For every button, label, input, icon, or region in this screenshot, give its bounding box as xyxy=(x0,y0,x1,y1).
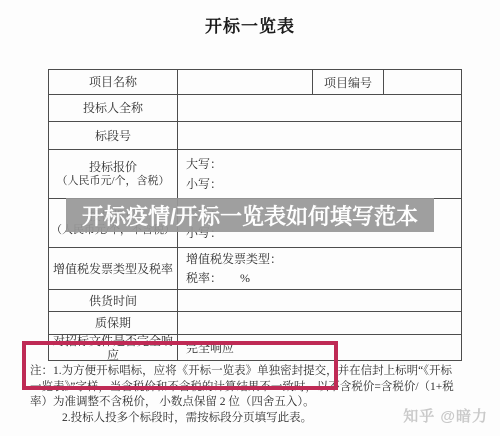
zhihu-watermark: 知乎 @暗力 xyxy=(403,405,488,426)
price-taxed-label: 投标报价 （人民币元/个，含税） xyxy=(49,150,177,198)
project-number-value xyxy=(383,70,462,94)
price-taxed-lowercase: 小写： xyxy=(186,177,222,191)
price-taxed-uppercase: 大写： xyxy=(186,157,222,171)
project-name-value xyxy=(177,70,312,94)
delivery-time-value xyxy=(177,290,461,311)
document-page: 开标一览表 项目名称 项目编号 投标人全称 标段号 投标报价 （人民币元/个，含… xyxy=(0,0,500,436)
page-title: 开标一览表 xyxy=(0,12,500,37)
table-row-bidder: 投标人全称 xyxy=(49,94,461,121)
price-taxed-label-line1: 投标报价 xyxy=(89,160,137,174)
vat-value: 增值税发票类型： 税率： % xyxy=(177,248,461,289)
table-row-delivery: 供货时间 xyxy=(49,289,461,311)
warranty-period-label: 质保期 xyxy=(49,312,177,334)
vat-rate: 税率： % xyxy=(186,271,250,285)
table-row-warranty: 质保期 xyxy=(49,311,461,334)
warranty-period-value xyxy=(177,312,461,334)
project-name-label: 项目名称 xyxy=(49,70,177,94)
table-row-vat: 增值税发票类型及税率 增值税发票类型： 税率： % xyxy=(49,247,461,289)
bidder-name-label: 投标人全称 xyxy=(49,95,177,121)
table-row-project: 项目名称 项目编号 xyxy=(49,70,461,94)
bidder-name-value xyxy=(177,95,461,121)
project-number-label: 项目编号 xyxy=(312,70,383,94)
section-number-label: 标段号 xyxy=(49,122,177,149)
delivery-time-label: 供货时间 xyxy=(49,290,177,311)
price-taxed-label-line2: （人民币元/个，含税） xyxy=(56,174,169,188)
vat-label: 增值税发票类型及税率 xyxy=(49,248,177,289)
vat-invoice-type: 增值税发票类型： xyxy=(186,252,282,266)
table-row-section: 标段号 xyxy=(49,121,461,149)
red-highlight-box xyxy=(22,341,338,390)
table-row-price-taxed: 投标报价 （人民币元/个，含税） 大写： 小写： xyxy=(49,149,461,198)
watermark-banner: 开标疫情/开标一览表如何填写范本 xyxy=(66,198,434,232)
section-number-value xyxy=(177,122,461,149)
price-taxed-value: 大写： 小写： xyxy=(177,150,461,198)
